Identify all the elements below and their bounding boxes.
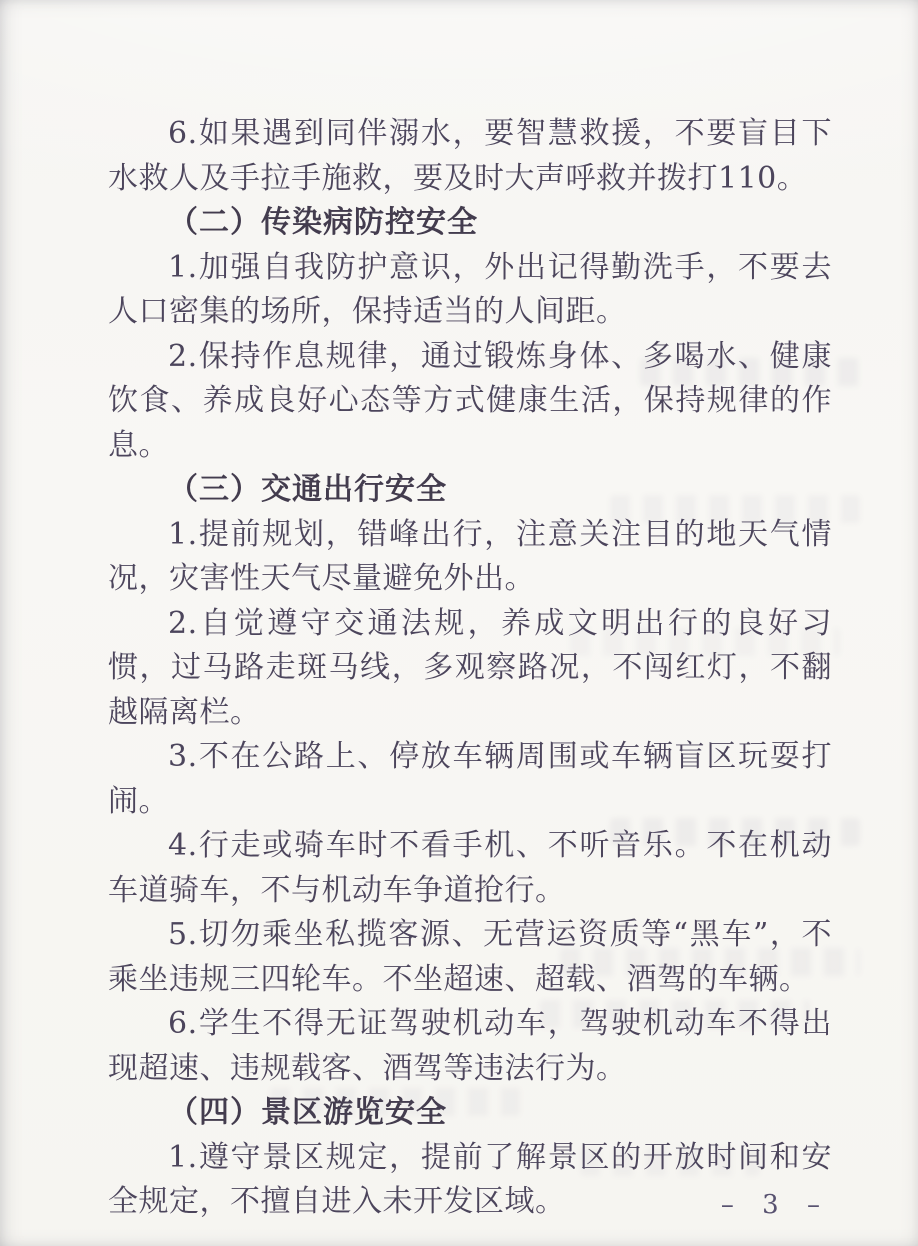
scanned-document-page: 6.如果遇到同伴溺水，要智慧救援，不要盲目下水救人及手拉手施救，要及时大声呼救并… bbox=[0, 0, 918, 1246]
section-heading: （三）交通出行安全 bbox=[108, 468, 832, 513]
paragraph: 2.自觉遵守交通法规，养成文明出行的良好习惯，过马路走斑马线，多观察路况，不闯红… bbox=[108, 602, 832, 736]
paragraph: 1.提前规划，错峰出行，注意关注目的地天气情况，灾害性天气尽量避免外出。 bbox=[108, 513, 832, 602]
paragraph: 3.不在公路上、停放车辆周围或车辆盲区玩耍打闹。 bbox=[108, 735, 832, 824]
paragraph: 1.加强自我防护意识，外出记得勤洗手，不要去人口密集的场所，保持适当的人间距。 bbox=[108, 246, 832, 335]
section-heading: （四）景区游览安全 bbox=[108, 1091, 832, 1136]
paragraph: 5.切勿乘坐私揽客源、无营运资质等“黑车”，不乘坐违规三四轮车。不坐超速、超载、… bbox=[108, 913, 832, 1002]
paragraph: 4.行走或骑车时不看手机、不听音乐。不在机动车道骑车，不与机动车争道抢行。 bbox=[108, 824, 832, 913]
document-body: 6.如果遇到同伴溺水，要智慧救援，不要盲目下水救人及手拉手施救，要及时大声呼救并… bbox=[108, 112, 832, 1225]
paragraph: 2.保持作息规律，通过锻炼身体、多喝水、健康饮食、养成良好心态等方式健康生活，保… bbox=[108, 335, 832, 469]
paragraph: 6.如果遇到同伴溺水，要智慧救援，不要盲目下水救人及手拉手施救，要及时大声呼救并… bbox=[108, 112, 832, 201]
page-number: – 3 – bbox=[721, 1190, 830, 1220]
paragraph: 6.学生不得无证驾驶机动车，驾驶机动车不得出现超速、违规载客、酒驾等违法行为。 bbox=[108, 1002, 832, 1091]
section-heading: （二）传染病防控安全 bbox=[108, 201, 832, 246]
